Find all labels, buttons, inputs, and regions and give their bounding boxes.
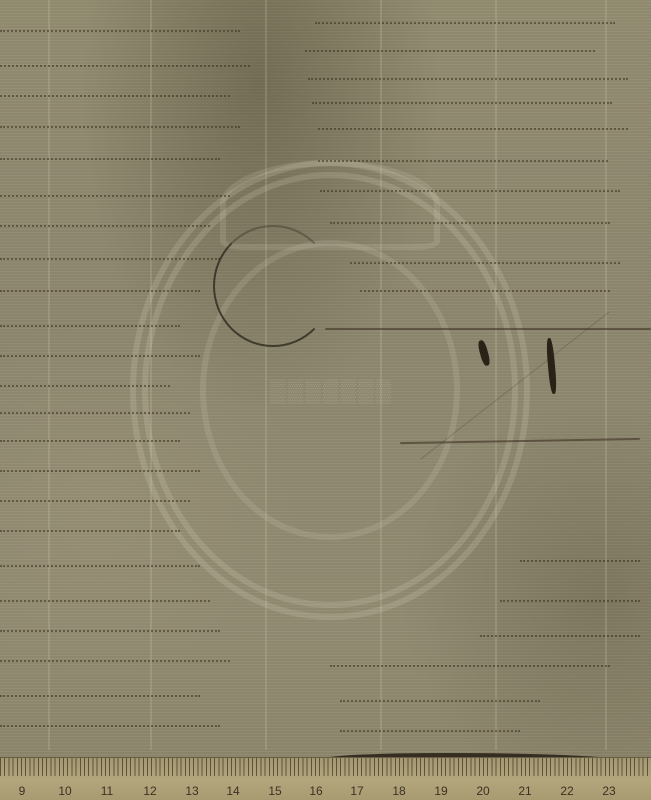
ruler-label: 16 xyxy=(309,784,322,798)
ruler: 9 10 11 12 13 14 15 16 17 18 19 20 21 22… xyxy=(0,757,651,800)
handwriting-line xyxy=(0,225,210,228)
ruler-label: 18 xyxy=(392,784,405,798)
handwriting-line xyxy=(0,440,180,443)
handwriting-line xyxy=(330,222,610,225)
handwriting-line xyxy=(340,730,520,733)
handwriting-line xyxy=(0,385,170,388)
handwriting-line xyxy=(0,470,200,473)
manuscript-photo: ▒▒▒▒▒▒▒ 9 10 11 xyxy=(0,0,651,800)
ruler-label: 13 xyxy=(185,784,198,798)
handwriting-line xyxy=(0,412,190,415)
watermark-text: ▒▒▒▒▒▒▒ xyxy=(270,378,393,404)
ruler-label: 14 xyxy=(226,784,239,798)
ruler-label: 21 xyxy=(518,784,531,798)
handwriting-line xyxy=(0,530,180,533)
handwriting-line xyxy=(0,565,200,568)
handwriting-line xyxy=(0,355,200,358)
handwriting-line xyxy=(0,725,220,728)
handwriting-line xyxy=(360,290,610,293)
handwriting-line xyxy=(0,630,220,633)
handwriting-line xyxy=(330,665,610,668)
handwriting-line xyxy=(315,22,615,25)
handwriting-line xyxy=(0,30,240,33)
postmark-stamp xyxy=(213,225,333,347)
handwriting-line xyxy=(0,600,210,603)
handwriting-line xyxy=(0,158,220,161)
handwriting-line xyxy=(312,102,612,105)
ruler-label: 12 xyxy=(143,784,156,798)
ruler-label: 11 xyxy=(101,784,113,798)
chain-line xyxy=(48,0,50,750)
ruler-label: 20 xyxy=(476,784,489,798)
handwriting-line xyxy=(500,600,640,603)
handwriting-line xyxy=(0,325,180,328)
ruler-ticks xyxy=(0,758,651,776)
ruler-label: 10 xyxy=(58,784,71,798)
handwriting-line xyxy=(350,262,620,265)
handwriting-line xyxy=(0,195,230,198)
ruler-label: 17 xyxy=(350,784,363,798)
handwriting-line xyxy=(0,65,250,68)
ruler-label: 15 xyxy=(268,784,281,798)
handwriting-line xyxy=(520,560,640,563)
handwriting-line xyxy=(340,700,540,703)
handwriting-line xyxy=(0,695,200,698)
ruler-label: 19 xyxy=(434,784,447,798)
handwriting-line xyxy=(0,500,190,503)
ruler-label: 23 xyxy=(602,784,615,798)
handwriting-line xyxy=(318,160,608,163)
handwriting-line xyxy=(308,78,628,81)
ruler-label: 22 xyxy=(560,784,573,798)
address-rule xyxy=(325,328,651,330)
ink-mark xyxy=(546,338,558,394)
handwriting-line xyxy=(0,290,200,293)
handwriting-line xyxy=(0,660,230,663)
handwriting-line xyxy=(480,635,640,638)
handwriting-line xyxy=(0,95,230,98)
handwriting-line xyxy=(0,258,220,261)
handwriting-line xyxy=(320,190,620,193)
handwriting-line xyxy=(305,50,595,53)
handwriting-line xyxy=(318,128,628,131)
ruler-label: 9 xyxy=(19,784,26,798)
handwriting-line xyxy=(0,126,240,129)
